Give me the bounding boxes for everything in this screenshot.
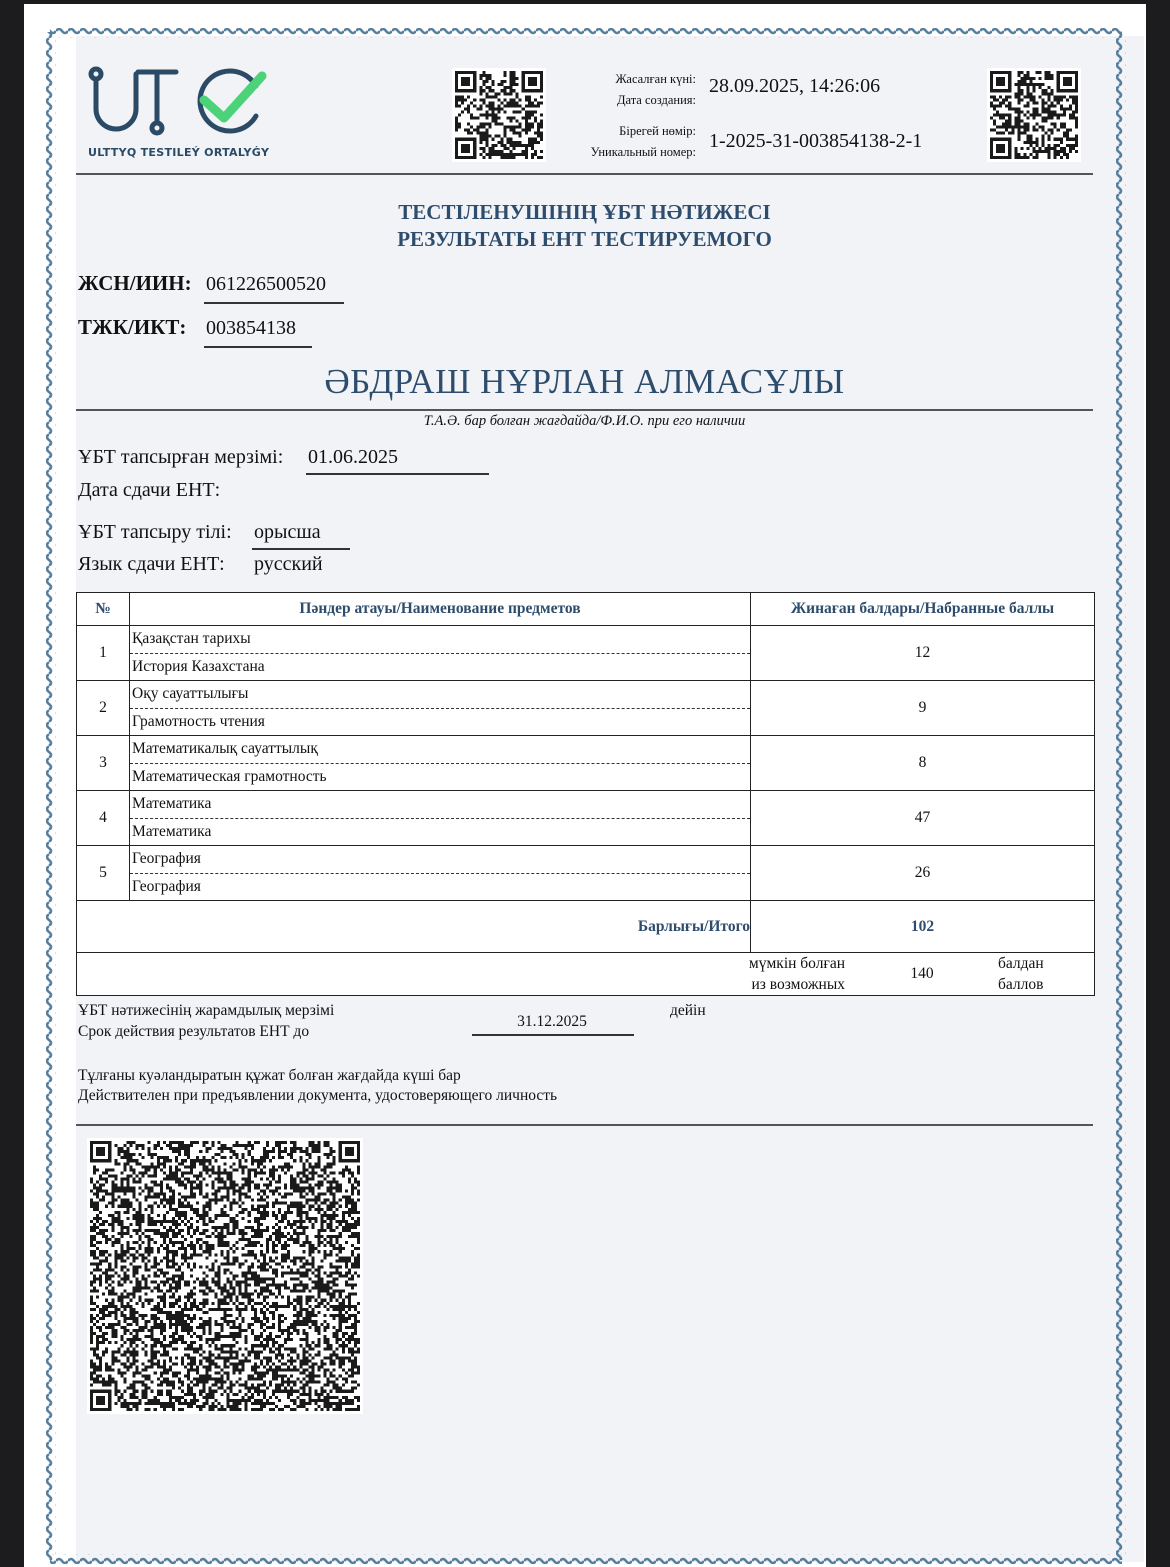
possible-label-ru: из возможных	[733, 974, 845, 995]
validity-underline	[472, 1034, 634, 1036]
exam-lang-label-ru: Язык сдачи ЕНТ:	[78, 553, 225, 576]
row-num: 2	[77, 681, 130, 736]
possible-value: 140	[887, 963, 957, 984]
row-subject: МатематикаМатематика	[130, 791, 751, 846]
validity-label-ru: Срок действия результатов ЕНТ до	[78, 1021, 334, 1042]
possible-suffix-ru: баллов	[998, 974, 1044, 995]
logo-caption: ULTTYQ TESTILEÝ ORTALYǴY	[88, 146, 269, 159]
created-value: 28.09.2025, 14:26:06	[709, 75, 880, 98]
exam-date-value: 01.06.2025	[308, 446, 398, 469]
exam-date-underline	[306, 473, 489, 475]
exam-lang-value-ru: русский	[254, 553, 323, 576]
notice-ru: Действителен при предъявлении документа,…	[78, 1086, 557, 1106]
results-table: № Пәндер атауы/Наименование предметов Жи…	[76, 592, 1095, 996]
total-label: Барлығы/Итого	[77, 901, 751, 953]
subject-ru: География	[130, 874, 750, 901]
name-divider	[76, 409, 1093, 411]
row-score: 26	[751, 846, 1095, 901]
header-score: Жинаған балдары/Набранные баллы	[751, 593, 1095, 626]
subject-kz: Математикалық сауаттылық	[130, 736, 750, 764]
subject-kz: География	[130, 846, 750, 874]
total-value: 102	[751, 901, 1095, 953]
header-divider	[76, 173, 1093, 175]
exam-lang-underline	[252, 548, 350, 550]
possible-row: мүмкін болған из возможных 140 балдан ба…	[77, 953, 1095, 996]
validity-suffix-kz: дейін	[670, 1000, 706, 1021]
row-score: 8	[751, 736, 1095, 791]
ikt-label: ТЖК/ИКТ:	[78, 315, 186, 340]
table-row: 3Математикалық сауаттылықМатематическая …	[77, 736, 1095, 791]
title-kz: ТЕСТІЛЕНУШІНІҢ ҰБТ НӘТИЖЕСІ	[76, 199, 1093, 226]
header-subject: Пәндер атауы/Наименование предметов	[130, 593, 751, 626]
row-subject: ГеографияГеография	[130, 846, 751, 901]
row-subject: Қазақстан тарихыИстория Казахстана	[130, 626, 751, 681]
table-row: 1Қазақстан тарихыИстория Казахстана12	[77, 626, 1095, 681]
subject-kz: Қазақстан тарихы	[130, 626, 750, 654]
ikt-value: 003854138	[206, 317, 296, 340]
iin-value: 061226500520	[206, 273, 326, 296]
row-num: 5	[77, 846, 130, 901]
table-header-row: № Пәндер атауы/Наименование предметов Жи…	[77, 593, 1095, 626]
iin-label: ЖСН/ИИН:	[78, 271, 192, 296]
qr-code-icon[interactable]	[987, 68, 1081, 162]
subject-ru: Грамотность чтения	[130, 709, 750, 736]
table-row: 5ГеографияГеография26	[77, 846, 1095, 901]
row-score: 47	[751, 791, 1095, 846]
possible-suffix-kz: балдан	[998, 953, 1044, 974]
exam-lang-label-kz: ҰБТ тапсыру тілі:	[78, 521, 232, 544]
title-ru: РЕЗУЛЬТАТЫ ЕНТ ТЕСТИРУЕМОГО	[76, 226, 1093, 253]
exam-date-label-ru: Дата сдачи ЕНТ:	[78, 479, 220, 502]
validity-value: 31.12.2025	[472, 1011, 632, 1032]
row-num: 1	[77, 626, 130, 681]
row-num: 3	[77, 736, 130, 791]
row-score: 9	[751, 681, 1095, 736]
unique-label-ru: Уникальный номер:	[546, 142, 696, 163]
subject-ru: История Казахстана	[130, 654, 750, 681]
qr-code-icon[interactable]	[452, 68, 546, 162]
subject-ru: Математика	[130, 819, 750, 846]
iin-underline	[204, 302, 344, 304]
unique-number-value: 1-2025-31-003854138-2-1	[709, 130, 922, 153]
subject-kz: Математика	[130, 791, 750, 819]
qr-code-icon[interactable]	[87, 1138, 363, 1414]
row-score: 12	[751, 626, 1095, 681]
footer-divider	[76, 1124, 1093, 1126]
created-label-ru: Дата создания:	[546, 90, 696, 111]
row-subject: Математикалық сауаттылықМатематическая г…	[130, 736, 751, 791]
unique-label-kz: Бірегей нөмір:	[546, 121, 696, 142]
header-num: №	[77, 593, 130, 626]
ikt-underline	[204, 346, 312, 348]
subject-ru: Математическая грамотность	[130, 764, 750, 791]
created-label-kz: Жасалған күні:	[546, 69, 696, 90]
notice-kz: Тұлғаны куәландыратын құжат болған жағда…	[78, 1066, 557, 1086]
row-subject: Оқу сауаттылығыГрамотность чтения	[130, 681, 751, 736]
full-name: ӘБДРАШ НҰРЛАН АЛМАСҰЛЫ	[76, 362, 1093, 402]
table-row: 4МатематикаМатематика47	[77, 791, 1095, 846]
possible-label-kz: мүмкін болған	[733, 953, 845, 974]
exam-date-label-kz: ҰБТ тапсырған мерзімі:	[78, 446, 283, 469]
row-num: 4	[77, 791, 130, 846]
total-row: Барлығы/Итого 102	[77, 901, 1095, 953]
full-name-caption: Т.А.Ә. бар болған жағдайда/Ф.И.О. при ег…	[76, 413, 1093, 430]
exam-lang-value-kz: орысша	[254, 521, 321, 544]
validity-label-kz: ҰБТ нәтижесінің жарамдылық мерзімі	[78, 1000, 334, 1021]
table-row: 2Оқу сауаттылығыГрамотность чтения9	[77, 681, 1095, 736]
subject-kz: Оқу сауаттылығы	[130, 681, 750, 709]
